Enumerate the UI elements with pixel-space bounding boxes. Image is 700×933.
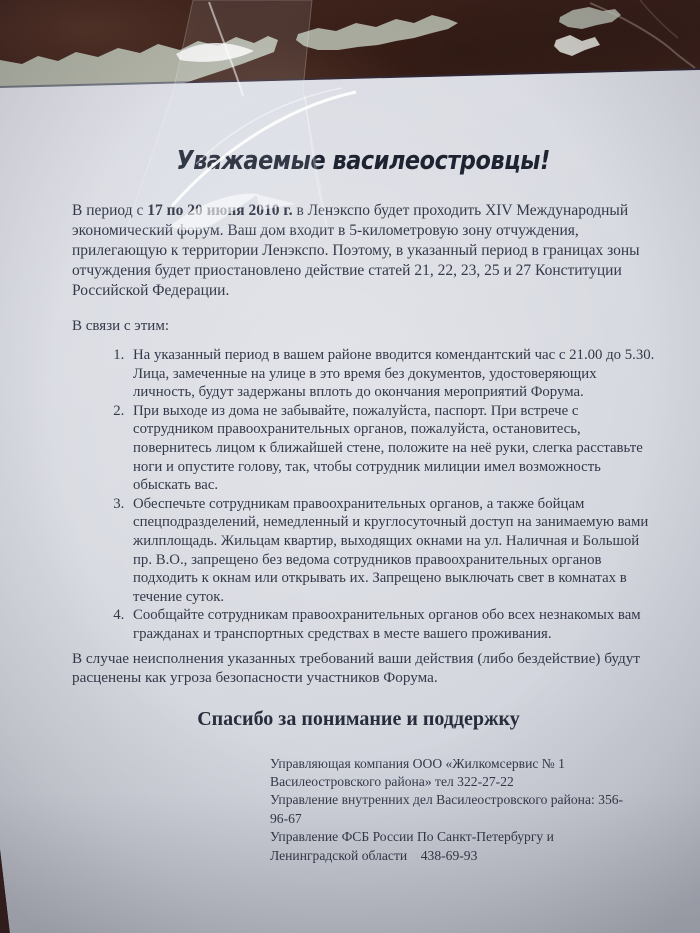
notice-content: Уважаемые василеостровцы! В период с 17 … <box>0 0 700 865</box>
rule-item-1: На указанный период в вашем районе вводи… <box>128 346 656 402</box>
notice-title: Уважаемые василеостровцы! <box>72 140 655 177</box>
notice-title-text: Уважаемые василеостровцы! <box>177 146 550 176</box>
contact-line-1: Управляющая компания ООО «Жилкомсервис №… <box>270 755 642 773</box>
intro-dates-bold: 17 по 20 июня 2010 г. <box>147 202 292 219</box>
contact-line-3: Управление внутренних дел Василеостровск… <box>270 791 642 809</box>
photo-of-notice: Уважаемые василеостровцы! В период с 17 … <box>0 0 700 933</box>
notice-paper: Уважаемые василеостровцы! В период с 17 … <box>0 0 700 933</box>
intro-paragraph: В период с 17 по 20 июня 2010 г. в Ленэк… <box>72 201 649 301</box>
closing-paragraph: В случае неисполнения указанных требован… <box>72 649 652 687</box>
contact-line-5: Управление ФСБ России По Санкт-Петербург… <box>270 828 642 846</box>
contact-line-2: Василеостровского района» тел 322-27-22 <box>270 773 642 791</box>
contacts-block: Управляющая компания ООО «Жилкомсервис №… <box>270 755 642 865</box>
intro-prefix: В период с <box>72 202 147 219</box>
contact-line-4: 96-67 <box>270 810 642 828</box>
lead-in-line: В связи с этим: <box>72 317 655 336</box>
rule-item-2: При выходе из дома не забывайте, пожалуй… <box>128 402 656 495</box>
thanks-heading: Спасибо за понимание и поддержку <box>72 708 645 731</box>
contact-line-6: Ленинградской области 438-69-93 <box>270 847 642 865</box>
rule-item-3: Обеспечьте сотрудникам правоохранительны… <box>128 495 656 607</box>
rules-list: На указанный период в вашем районе вводи… <box>72 346 656 644</box>
rule-item-4: Сообщайте сотрудникам правоохранительных… <box>128 606 656 643</box>
